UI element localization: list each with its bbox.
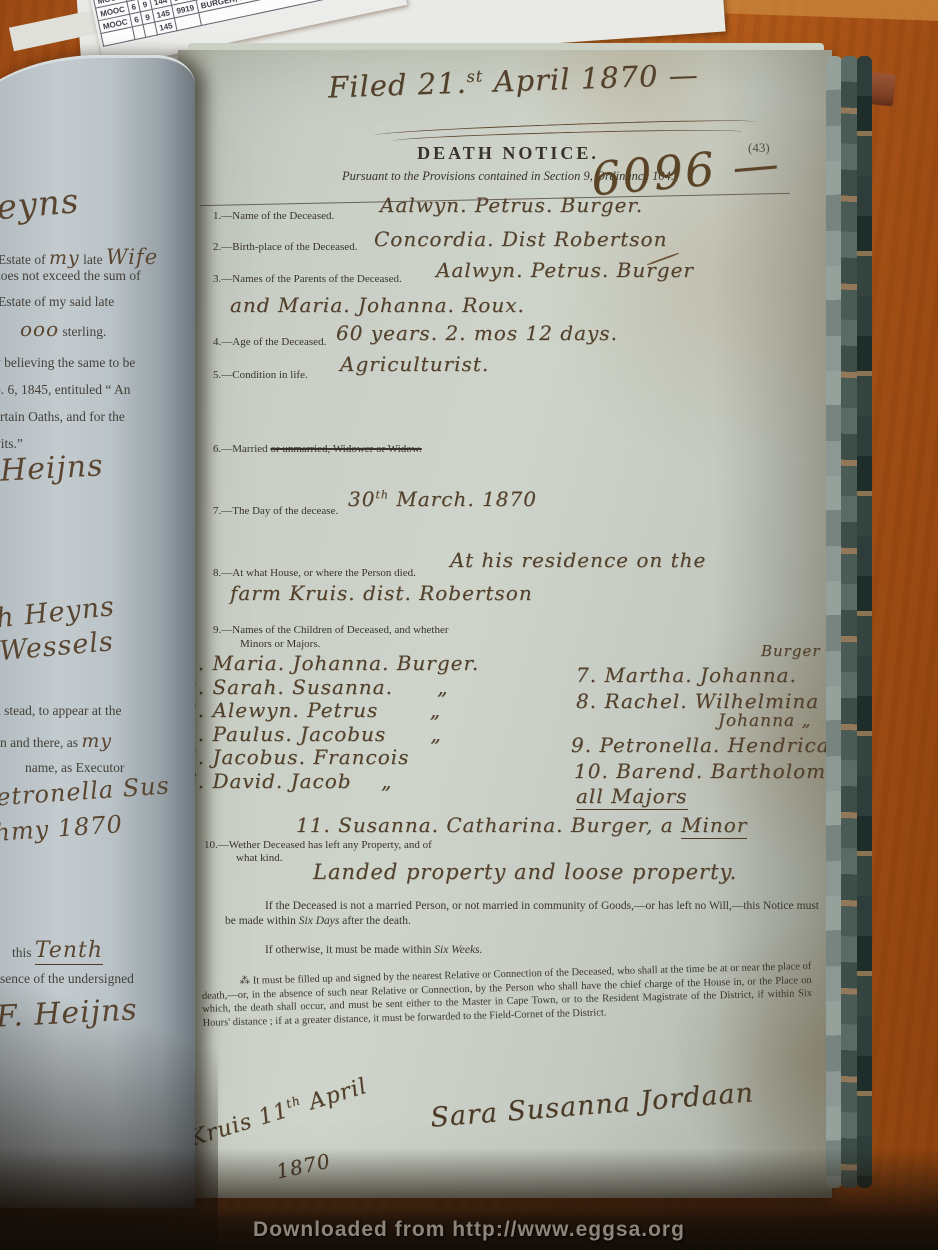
field-3-label: 3.—Names of the Parents of the Deceased. xyxy=(213,273,402,285)
child-entry: 1. Maria. Johanna. Burger. xyxy=(184,651,479,675)
field-6-label: 6.—Married or unmarried, Widower or Wido… xyxy=(213,443,422,455)
signature-handwriting: Heijns xyxy=(0,448,104,488)
left-page-line: name, as Executor xyxy=(25,760,124,776)
field-9-label: 9.—Names of the Children of Deceased, an… xyxy=(213,624,449,636)
field-8-label: 8.—At what House, or where the Person di… xyxy=(213,567,416,579)
child-entry: 6. David. Jacob „ xyxy=(184,769,392,793)
watermark-text: Downloaded from http://www.eggsa.org xyxy=(0,1218,938,1242)
left-page-line: this Tenth xyxy=(12,938,103,963)
field-6-struck-text: or unmarried, Widower or Widow. xyxy=(270,443,421,455)
field-10-label: 10.—Wether Deceased has left any Propert… xyxy=(204,839,432,851)
left-page-text: this xyxy=(12,945,35,960)
page-edge-strip xyxy=(841,56,858,1188)
field-9-label: Minors or Majors. xyxy=(240,638,320,650)
field-10-value: Landed property and loose property. xyxy=(313,860,737,884)
field-7-label: 7.—The Day of the decease. xyxy=(213,505,338,517)
field-4-label: 4.—Age of the Deceased. xyxy=(213,336,326,348)
left-page-script: my xyxy=(81,730,112,752)
left-page-script: my xyxy=(49,247,80,269)
informant-signature: Sara Susanna Jordaan xyxy=(429,1077,755,1133)
left-page-text: en and there, as xyxy=(0,735,81,750)
filed-text: Filed 21. xyxy=(328,66,468,105)
field-7-text: 30 xyxy=(348,487,375,511)
all-majors-note: all Majors xyxy=(576,784,688,808)
left-page-line: Estate of my late Wife xyxy=(0,245,158,269)
child-entry-annotation: Burger xyxy=(761,642,821,660)
field-7-text: March. 1870 xyxy=(389,487,537,511)
field-8-value: At his residence on the xyxy=(450,548,706,572)
signature-handwriting: chmy 1870 xyxy=(0,810,124,848)
left-page-script: Tenth xyxy=(35,938,103,965)
paragraph-emphasis: Six Days xyxy=(299,915,340,927)
child-entry: 3. Alewyn. Petrus „ xyxy=(184,698,441,722)
left-page-line: ertain Oaths, and for the xyxy=(0,409,125,425)
left-page-line: d stead, to appear at the xyxy=(0,703,121,719)
paragraph-text: If otherwise, it must be made within xyxy=(265,944,434,956)
child-11-text: 11. Susanna. Catharina. Burger, a xyxy=(296,813,681,837)
field-3-value: and Maria. Johanna. Roux. xyxy=(230,293,525,317)
index-cell: 145 xyxy=(155,18,178,35)
left-page-text: Estate of xyxy=(0,252,49,267)
left-page-text: sterling. xyxy=(59,324,106,339)
paragraph-text: after the death. xyxy=(339,915,411,927)
notice-footnote: ⁂ It must be filled up and signed by the… xyxy=(201,960,812,1031)
photo-scene: MOOC 6 9 144 9685 BURGER, M MOOC 6 9 144… xyxy=(0,0,938,1250)
death-notice-page: Filed 21.st April 1870 — DEATH NOTICE. P… xyxy=(178,50,832,1198)
book-page-edges xyxy=(826,56,878,1188)
field-7-superscript: th xyxy=(375,488,389,501)
field-8-value: farm Kruis. dist. Robertson xyxy=(230,581,533,605)
field-7-value: 30th March. 1870 xyxy=(348,487,537,511)
child-entry: 7. Martha. Johanna. xyxy=(576,663,797,687)
child-entry: 11. Susanna. Catharina. Burger, a Minor xyxy=(296,813,747,837)
signature-handwriting: l Wessels xyxy=(0,626,115,669)
paragraph-emphasis: Six Weeks. xyxy=(434,944,482,956)
left-page-line: Estate of my said late xyxy=(0,294,114,310)
notice-paragraph: If the Deceased is not a married Person,… xyxy=(225,899,819,929)
filed-date-handwriting: Filed 21.st April 1870 — xyxy=(328,58,700,105)
child-entry: 9. Petronella. Hendrica „ xyxy=(571,733,848,757)
child-entry: 5. Jacobus. Francois xyxy=(184,745,409,769)
left-page-script: Wife xyxy=(106,245,158,269)
filed-text: April 1870 — xyxy=(483,58,699,99)
field-10-label: what kind. xyxy=(236,852,282,864)
filed-superscript: st xyxy=(466,66,483,86)
left-page-line: o. 6, 1845, entituled “ An xyxy=(0,382,130,398)
page-edge-strip xyxy=(826,56,842,1188)
place-date-text: April xyxy=(298,1074,370,1118)
field-5-value: Agriculturist. xyxy=(340,352,489,376)
footnote-text: It must be filled up and signed by the n… xyxy=(202,961,812,1029)
signature-handwriting: Petronella Sus xyxy=(0,771,171,812)
notice-paragraph: If otherwise, it must be made within Six… xyxy=(225,943,819,958)
left-page-line: ooo sterling. xyxy=(20,317,106,341)
page-edge-strip xyxy=(857,56,872,1188)
all-majors-text: all Majors xyxy=(576,784,688,810)
child-entry: Johanna „ xyxy=(718,711,811,731)
left-page-script: ooo xyxy=(20,317,59,341)
child-entry: 8. Rachel. Wilhelmina xyxy=(576,689,819,713)
field-2-label: 2.—Birth-place of the Deceased. xyxy=(213,241,357,253)
field-6-text: 6.—Married xyxy=(213,443,270,455)
field-2-value: Concordia. Dist Robertson xyxy=(374,227,667,251)
field-3-value: Aalwyn. Petrus. Burger xyxy=(436,258,694,282)
left-page-line: vits.” xyxy=(0,436,23,452)
field-5-label: 5.—Condition in life. xyxy=(213,369,308,381)
left-page-text: late xyxy=(80,252,106,267)
field-1-value: Aalwyn. Petrus. Burger. xyxy=(380,193,643,217)
child-entry: 2. Sarah. Susanna. „ xyxy=(184,675,448,699)
field-1-label: 1.—Name of the Deceased. xyxy=(213,210,334,222)
signature-handwriting: Heyns xyxy=(0,181,81,231)
field-4-value: 60 years. 2. mos 12 days. xyxy=(336,321,618,345)
child-11-minor-text: Minor xyxy=(681,813,747,839)
left-page-line: en and there, as my xyxy=(0,730,112,752)
asterism-mark: ⁂ xyxy=(239,976,253,987)
child-entry: 4. Paulus. Jacobus „ xyxy=(184,722,442,746)
left-page-line: does not exceed the sum of xyxy=(0,268,141,284)
left-page-line: y believing the same to be xyxy=(0,355,135,371)
